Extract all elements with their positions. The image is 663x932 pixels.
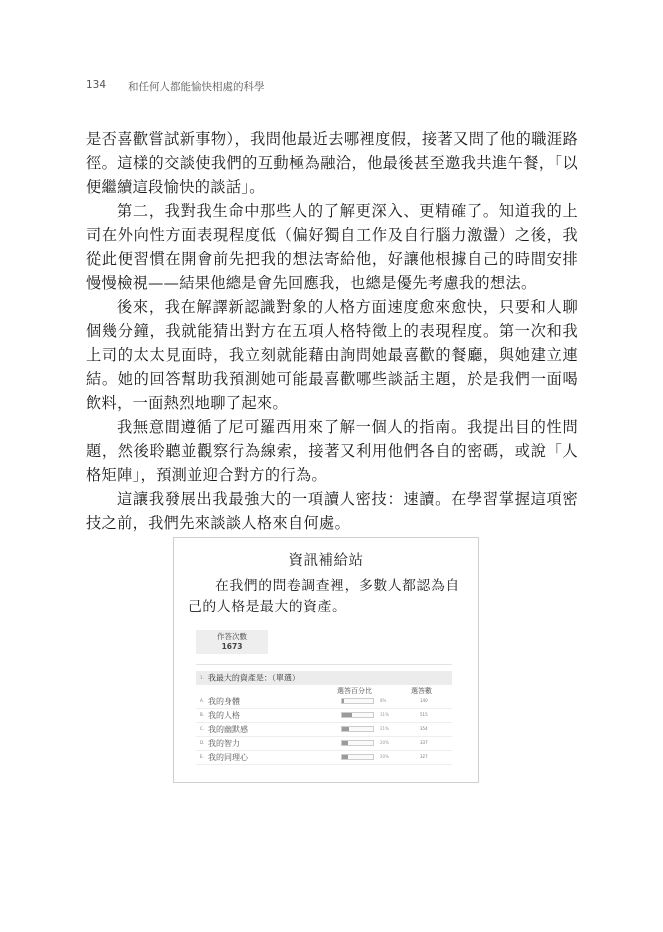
percent-bar-fill bbox=[342, 727, 349, 731]
percent-bar bbox=[341, 740, 374, 746]
percent-bar bbox=[341, 698, 374, 704]
paragraph: 這讓我發展出我最強大的一項讀人密技：速讀。在學習掌握這項密技之前，我們先來談談人… bbox=[86, 487, 578, 535]
option-count: 354 bbox=[420, 726, 428, 731]
info-box-title: 資訊補給站 bbox=[174, 549, 478, 570]
divider bbox=[196, 664, 452, 665]
option-letter: B. bbox=[200, 712, 204, 717]
option-count: 337 bbox=[420, 740, 428, 745]
option-label: 我的人格 bbox=[208, 710, 240, 721]
percent-bar-fill bbox=[342, 755, 348, 759]
option-label: 我的智力 bbox=[208, 738, 240, 749]
result-row: E. 我的同理心 20% 327 bbox=[196, 751, 452, 765]
option-percent: 20% bbox=[380, 740, 389, 745]
question-number: 1. bbox=[200, 675, 204, 680]
option-count: 515 bbox=[420, 712, 428, 717]
paragraph: 第二，我對我生命中那些人的了解更深入、更精確了。知道我的上司在外向性方面表現程度… bbox=[86, 199, 578, 295]
option-percent: 31% bbox=[380, 712, 389, 717]
running-head: 134 和任何人都能愉快相處的科學 bbox=[86, 79, 265, 94]
result-row: A. 我的身體 8% 140 bbox=[196, 695, 452, 709]
percent-bar bbox=[341, 726, 374, 732]
percent-bar-fill bbox=[342, 699, 344, 703]
option-letter: C. bbox=[200, 726, 204, 731]
paragraph: 是否喜歡嘗試新事物），我問他最近去哪裡度假，接著又問了他的職涯路徑。這樣的交談使… bbox=[86, 127, 578, 199]
paragraph: 後來，我在解譯新認識對象的人格方面速度愈來愈快，只要和人聊個幾分鐘，我就能猜出對… bbox=[86, 295, 578, 415]
percent-bar-fill bbox=[342, 741, 348, 745]
result-row: D. 我的智力 20% 337 bbox=[196, 737, 452, 751]
option-percent: 8% bbox=[380, 698, 386, 703]
option-percent: 21% bbox=[380, 726, 389, 731]
question-text: 我最大的資產是：（單選） bbox=[208, 674, 300, 683]
option-letter: E. bbox=[200, 754, 204, 759]
percent-bar-fill bbox=[342, 713, 352, 717]
percent-bar bbox=[341, 754, 374, 760]
option-label: 我的身體 bbox=[208, 696, 240, 707]
option-count: 327 bbox=[420, 754, 428, 759]
result-row: C. 我的幽默感 21% 354 bbox=[196, 723, 452, 737]
option-letter: D. bbox=[200, 740, 204, 745]
option-label: 我的同理心 bbox=[208, 752, 248, 763]
info-box: 資訊補給站 在我們的問卷調查裡，多數人都認為自己的人格是最大的資產。 作答次數 … bbox=[173, 537, 479, 783]
option-count: 140 bbox=[420, 698, 428, 703]
question-header: 1.我最大的資產是：（單選） bbox=[196, 671, 452, 685]
option-letter: A. bbox=[200, 698, 204, 703]
page-number: 134 bbox=[86, 79, 106, 94]
book-title: 和任何人都能愉快相處的科學 bbox=[128, 79, 265, 94]
response-count-label: 作答次數 bbox=[196, 632, 268, 642]
option-label: 我的幽默感 bbox=[208, 724, 248, 735]
info-box-description: 在我們的問卷調查裡，多數人都認為自己的人格是最大的資產。 bbox=[188, 576, 464, 618]
option-percent: 20% bbox=[380, 754, 389, 759]
body-text: 是否喜歡嘗試新事物），我問他最近去哪裡度假，接著又問了他的職涯路徑。這樣的交談使… bbox=[86, 127, 578, 535]
percent-bar bbox=[341, 712, 374, 718]
survey-results: A. 我的身體 8% 140 B. 我的人格 31% 515 C. 我的幽默感 … bbox=[196, 695, 452, 765]
response-count-panel: 作答次數 1673 bbox=[196, 630, 268, 654]
response-count-value: 1673 bbox=[196, 642, 268, 652]
paragraph: 我無意間遵循了尼可羅西用來了解一個人的指南。我提出目的性問題，然後聆聽並觀察行為… bbox=[86, 415, 578, 487]
result-row: B. 我的人格 31% 515 bbox=[196, 709, 452, 723]
